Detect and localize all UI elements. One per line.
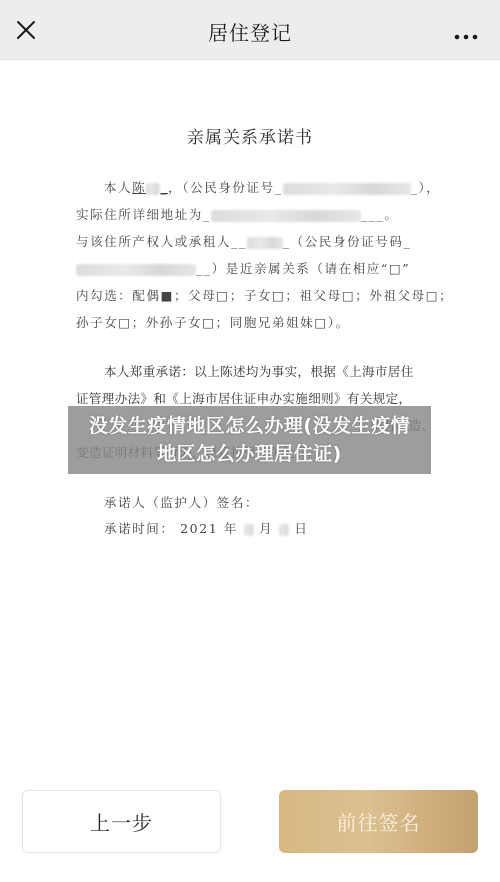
doc-text: 年 [224,521,238,536]
redacted-block [244,524,254,536]
doc-text: 日 [294,521,308,536]
doc-text: 孙子女□；外孙子女□；同胞兄弟姐妹□）。 [76,315,350,330]
page-title: 居住登记 [0,17,500,46]
doc-line-options-1: 内勾选：配偶■；父母□；子女□；祖父母□；外祖父母□； [76,286,453,304]
previous-step-label: 上一步 [90,807,153,836]
doc-text: ）是近亲属关系（请在相应“□” [212,261,411,276]
doc-signature-label: 承诺人（监护人）签名： [104,493,259,511]
doc-text: （公民身份证号码 [291,234,404,249]
doc-line-relation: __）是近亲属关系（请在相应“□” [76,259,410,277]
doc-date-line: 承诺时间： 2021 年 月 日 [104,519,309,537]
document-title: 亲属关系承诺书 [0,123,500,148]
redacted-block [146,183,160,195]
redacted-block [76,264,196,276]
doc-name-field: 陈_ [132,180,168,195]
doc-line-identity: 本人陈_，（公民身份证号__）， [104,178,440,196]
residence-registration-page: 居住登记 亲属关系承诺书 本人陈_，（公民身份证号__）， 实际住所详细地址为_… [0,0,500,882]
doc-text: ，（公民身份证号 [168,180,275,195]
doc-line-address: 实际住所详细地址为____。 [76,205,398,223]
doc-text: 本人 [104,180,132,195]
doc-text: 承诺时间： [104,521,175,536]
doc-name: 陈 [132,180,146,195]
doc-text: ）， [418,180,440,195]
doc-date-year: 2021 [180,521,218,536]
doc-text: 实际住所详细地址为 [76,207,203,222]
redacted-block [211,210,361,222]
previous-step-button[interactable]: 上一步 [22,790,221,853]
overlay-title: 没发生疫情地区怎么办理(没发生疫情地区怎么办理居住证) [80,412,420,468]
more-dots-icon[interactable] [454,26,478,34]
redacted-block [283,183,411,195]
doc-pledge-line-1: 本人郑重承诺：以上陈述均为事实，根据《上海市居住 [104,362,414,380]
doc-line-options-2: 孙子女□；外孙子女□；同胞兄弟姐妹□）。 [76,313,350,331]
go-to-sign-label: 前往签名 [337,807,421,836]
doc-text: 月 [259,521,273,536]
article-title-overlay: 没发生疫情地区怎么办理(没发生疫情地区怎么办理居住证) [68,406,431,474]
redacted-block [247,237,283,249]
doc-pledge-line-2: 证管理办法》和《上海市居住证申办实施细则》有关规定， [76,389,411,407]
go-to-sign-button[interactable]: 前往签名 [279,790,478,853]
redacted-block [279,524,289,536]
doc-text: 与该住所产权人或承租人 [76,234,231,249]
doc-text: 。 [384,207,398,222]
doc-text: 内勾选：配偶■；父母□；子女□；祖父母□；外祖父母□； [76,288,453,303]
nav-bar: 居住登记 [0,0,500,60]
doc-line-owner: 与该住所产权人或承租人___（公民身份证号码_ [76,232,411,250]
